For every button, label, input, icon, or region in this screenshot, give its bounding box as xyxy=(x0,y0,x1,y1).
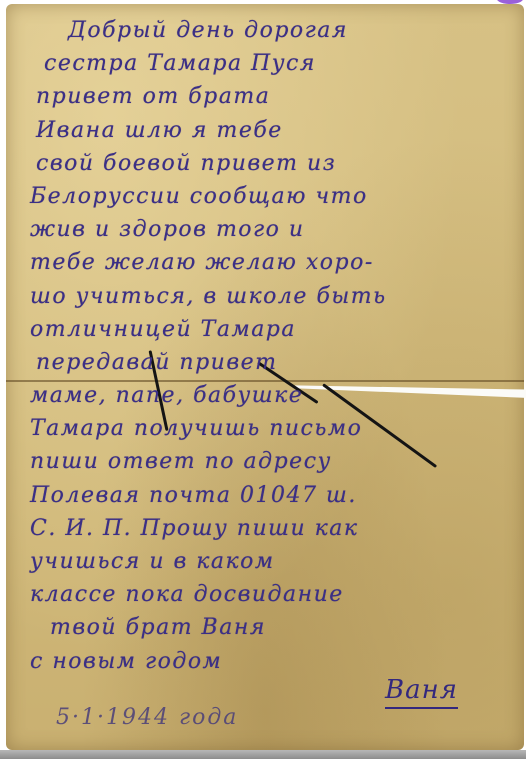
letter-line: Полевая почта 01047 ш. xyxy=(30,479,510,512)
letter-line: Добрый день дорогая xyxy=(30,14,510,47)
letter-line: маме, папе, бабушке xyxy=(30,379,510,412)
letter-line: шо учиться, в школе быть xyxy=(30,280,510,313)
letter-line: твой брат Ваня xyxy=(30,611,510,644)
letter-line: Ивана шлю я тебе xyxy=(30,114,510,147)
scan-shadow xyxy=(0,750,526,759)
letter-line: С. И. П. Прошу пиши как xyxy=(30,512,510,545)
letter-line: тебе желаю желаю хоро- xyxy=(30,246,510,279)
letter-line: классе пока досвидание xyxy=(30,578,510,611)
letter-line: Белоруссии сообщаю что xyxy=(30,180,510,213)
signature: Ваня xyxy=(385,675,458,709)
letter-line: свой боевой привет из xyxy=(30,147,510,180)
letter-line: отличницей Тамара xyxy=(30,313,510,346)
letter-line: жив и здоров того и xyxy=(30,213,510,246)
letter-line: Тамара получишь письмо xyxy=(30,412,510,445)
letter-line: пиши ответ по адресу xyxy=(30,445,510,478)
letter-line: с новым годом xyxy=(30,645,510,678)
letter-line: сестра Тамара Пуся xyxy=(30,47,510,80)
handwritten-letter: Добрый день дорогая сестра Тамара Пуся п… xyxy=(30,14,510,678)
letter-line: привет от брата xyxy=(30,80,510,113)
letter-date: 5·1·1944 года xyxy=(56,705,238,730)
letter-line: передавай привет xyxy=(30,346,510,379)
letter-line: учишься и в каком xyxy=(30,545,510,578)
